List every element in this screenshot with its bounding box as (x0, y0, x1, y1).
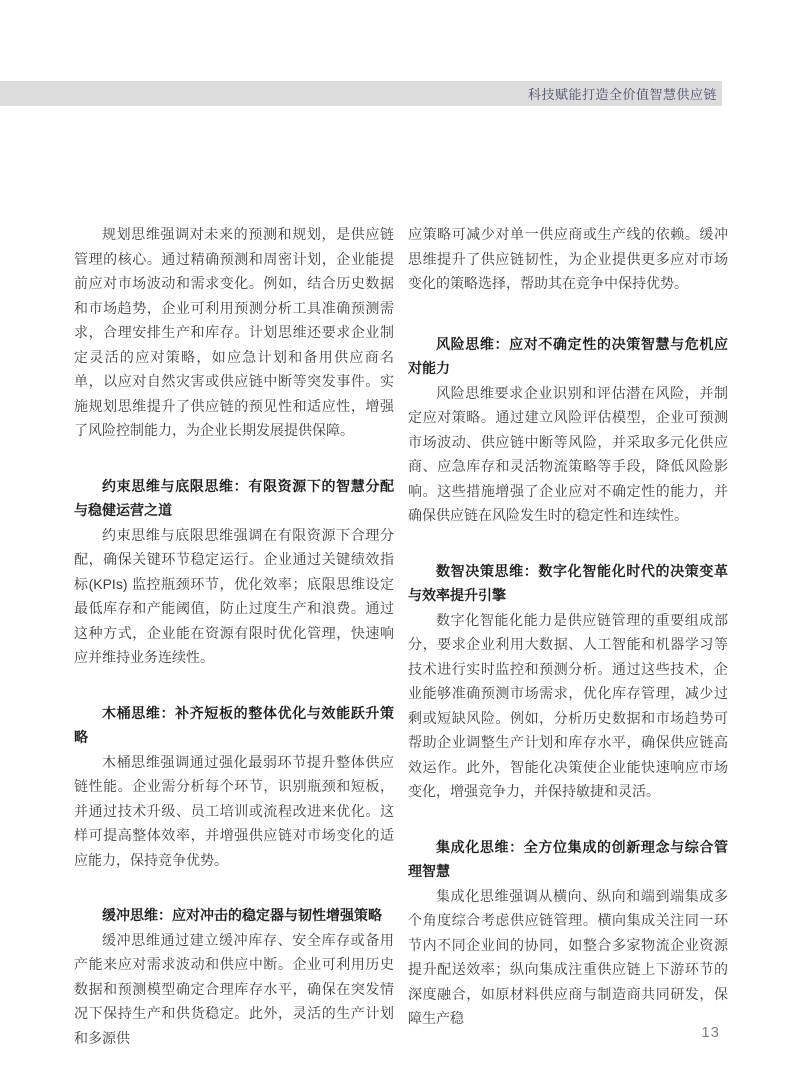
section-heading: 缓冲思维：应对冲击的稳定器与韧性增强策略 (74, 903, 394, 928)
left-column: 规划思维强调对未来的预测和规划，是供应链管理的核心。通过精确预测和周密计划，企业… (74, 222, 394, 1050)
two-column-body: 规划思维强调对未来的预测和规划，是供应链管理的核心。通过精确预测和周密计划，企业… (74, 222, 728, 1050)
paragraph: 规划思维强调对未来的预测和规划，是供应链管理的核心。通过精确预测和周密计划，企业… (74, 222, 394, 443)
section-heading: 风险思维：应对不确定性的决策智慧与危机应对能力 (408, 332, 728, 381)
section-heading: 数智决策思维：数字化智能化时代的决策变革与效率提升引擎 (408, 559, 728, 608)
page-number: 13 (701, 1024, 720, 1041)
section-heading: 约束思维与底限思维：有限资源下的智慧分配与稳健运营之道 (74, 474, 394, 523)
paragraph: 缓冲思维通过建立缓冲库存、安全库存或备用产能来应对需求波动和供应中断。企业可利用… (74, 928, 394, 1051)
paragraph-continuation: 应策略可减少对单一供应商或生产线的依赖。缓冲思维提升了供应链韧性，为企业提供更多… (408, 222, 728, 296)
paragraph: 风险思维要求企业识别和评估潜在风险，并制定应对策略。通过建立风险评估模型，企业可… (408, 381, 728, 528)
page-header-band: 科技赋能打造全价值智慧供应链 (0, 81, 722, 106)
right-column: 应策略可减少对单一供应商或生产线的依赖。缓冲思维提升了供应链韧性，为企业提供更多… (408, 222, 728, 1050)
paragraph: 数字化智能化能力是供应链管理的重要组成部分，要求企业利用大数据、人工智能和机器学… (408, 608, 728, 804)
running-head-title: 科技赋能打造全价值智慧供应链 (528, 84, 717, 103)
paragraph: 集成化思维强调从横向、纵向和端到端集成多个角度综合考虑供应链管理。横向集成关注同… (408, 884, 728, 1031)
paragraph: 约束思维与底限思维强调在有限资源下合理分配，确保关键环节稳定运行。企业通过关键绩… (74, 523, 394, 670)
paragraph: 木桶思维强调通过强化最弱环节提升整体供应链性能。企业需分析每个环节，识别瓶颈和短… (74, 750, 394, 873)
section-heading: 木桶思维：补齐短板的整体优化与效能跃升策略 (74, 701, 394, 750)
section-heading: 集成化思维：全方位集成的创新理念与综合管理智慧 (408, 835, 728, 884)
